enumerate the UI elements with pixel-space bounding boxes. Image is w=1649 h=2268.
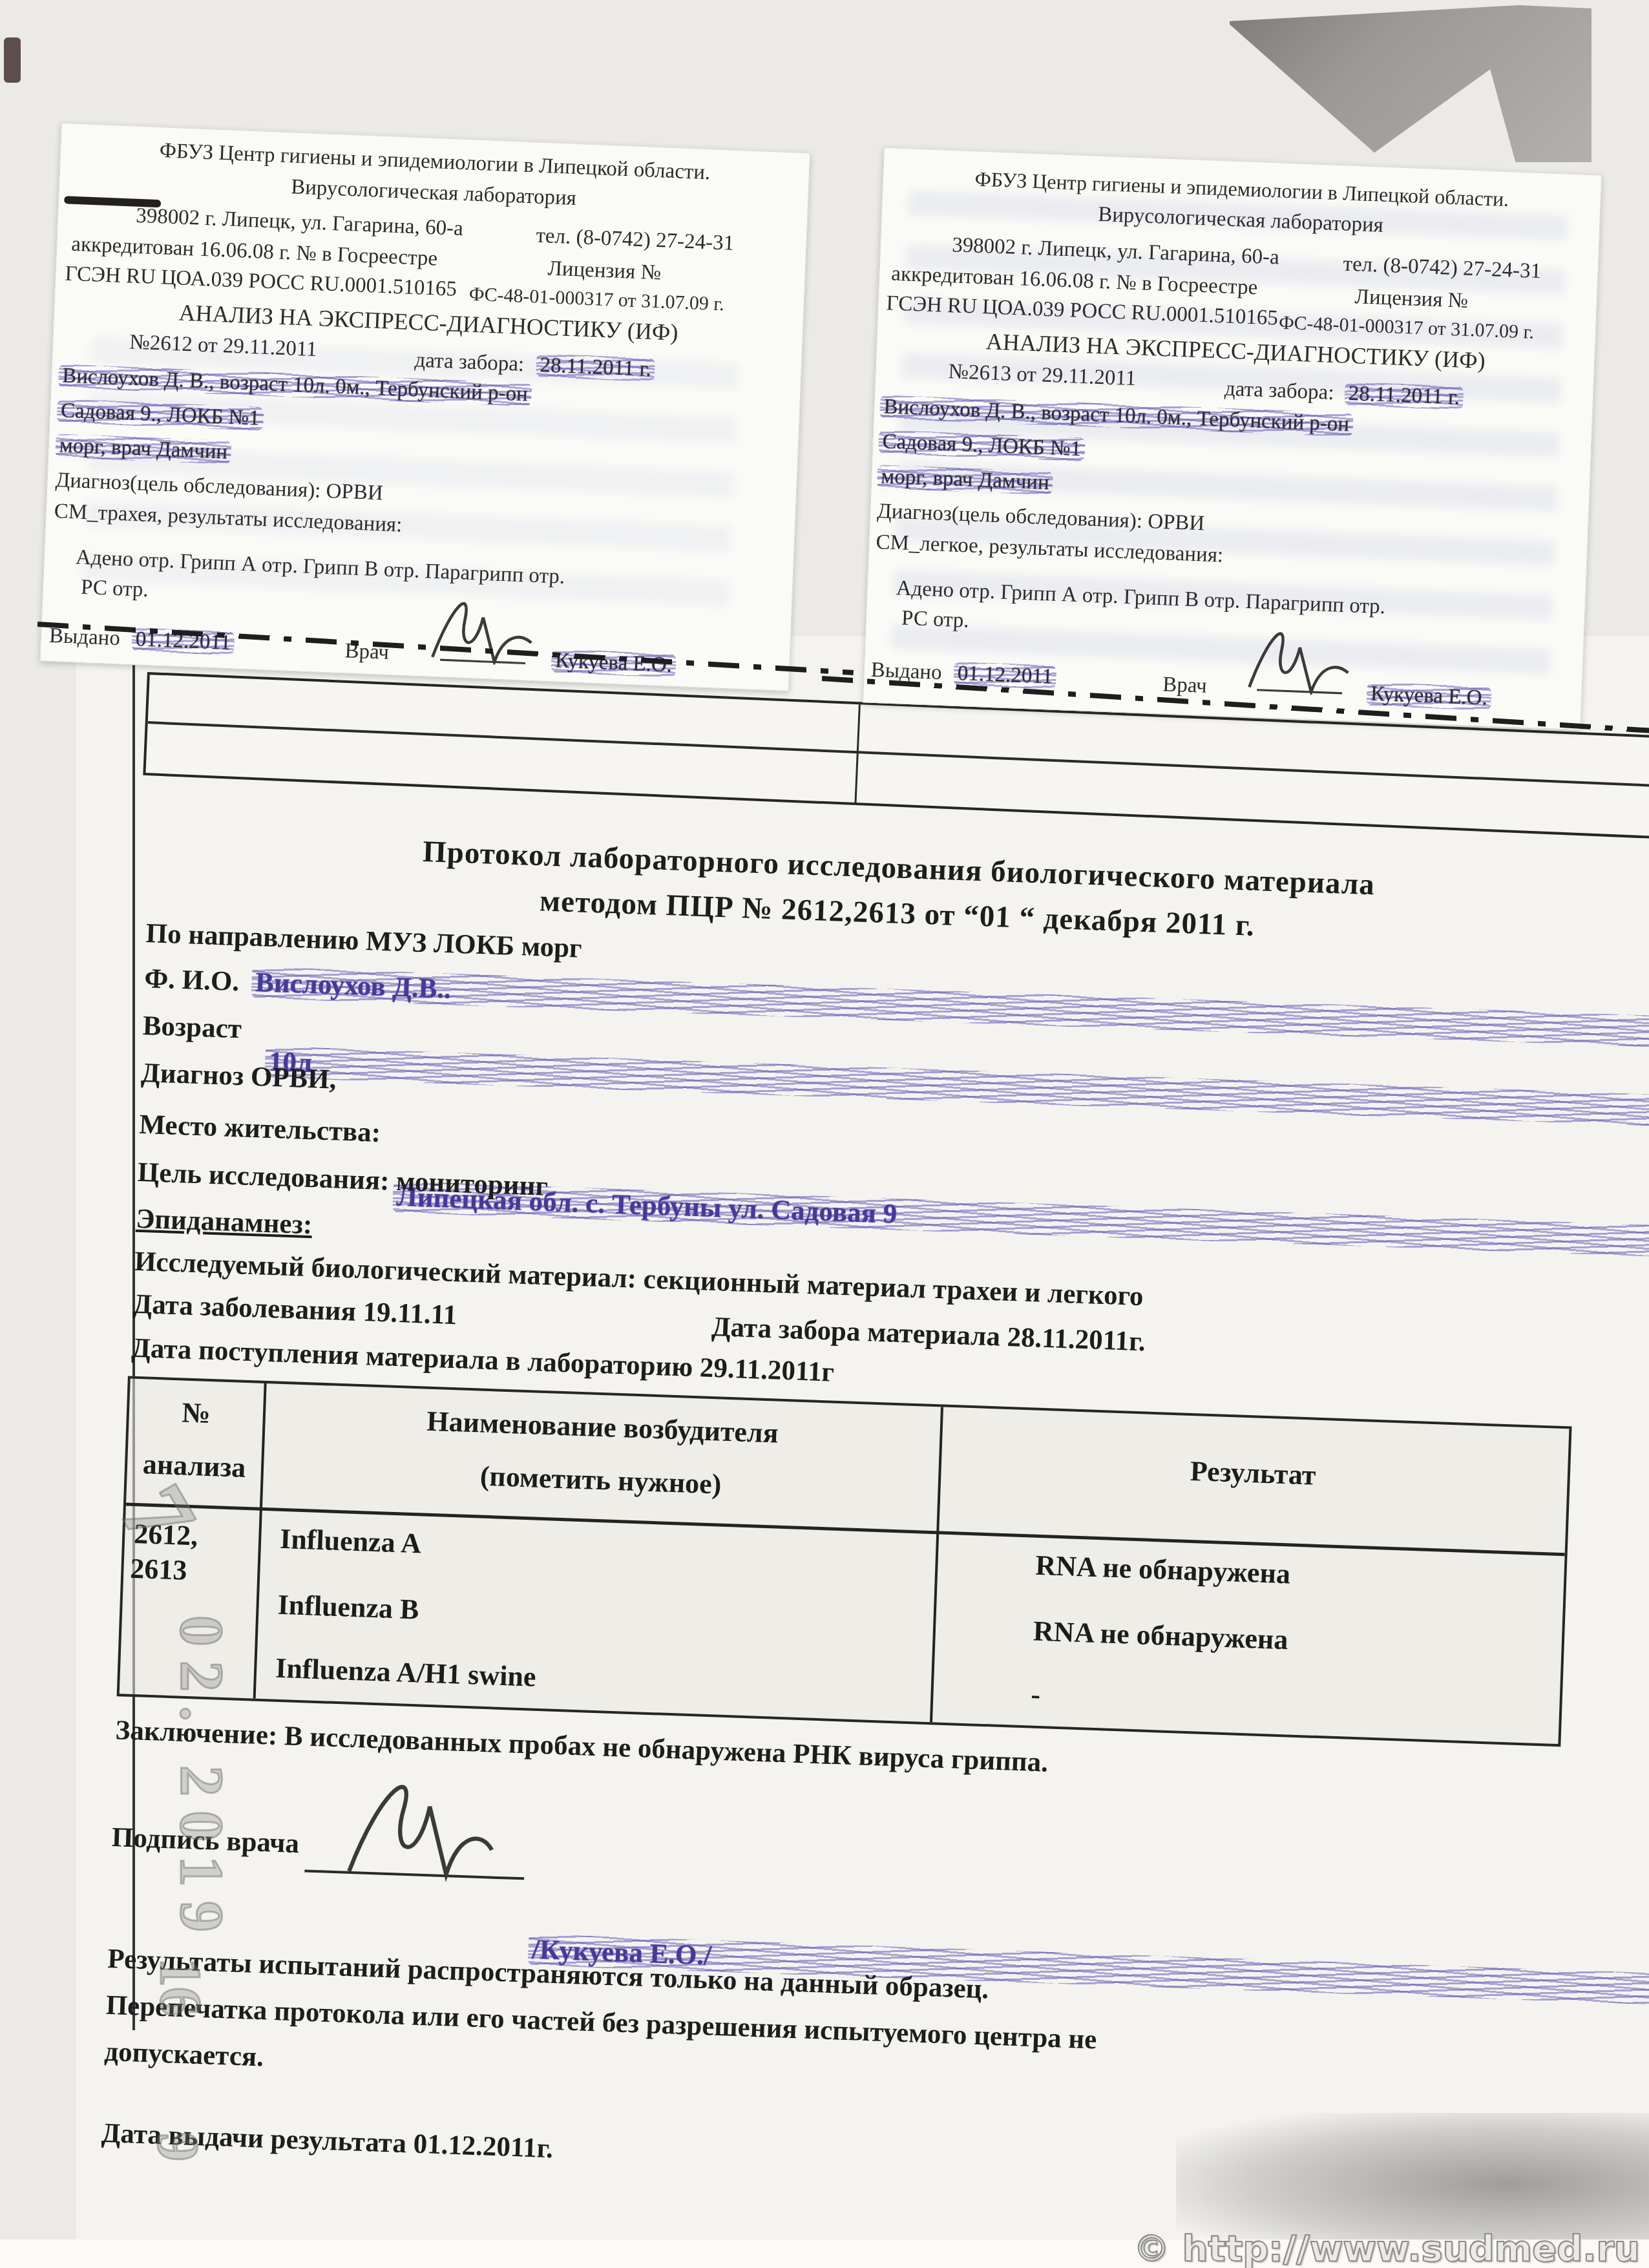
slip-material: СМ_легкое, результаты исследования: [876, 530, 1224, 568]
slip-number: №2612 от 29.11.2011 [129, 331, 318, 362]
slip-sampling-date: 28.11.2011 г. [536, 353, 656, 382]
slip-address: 398002 г. Липецк, ул. Гагарина, 60-а [136, 204, 464, 241]
th-pathogen-2: (пометить нужное) [263, 1452, 938, 1508]
slip-sampling-label: дата забора: [414, 348, 525, 377]
row-result-b: RNA не обнаружена [1033, 1615, 1288, 1657]
field-diagnosis: Диагноз ОРВИ, [140, 1057, 337, 1096]
slip-license-no: ФС-48-01-000317 от 31.07.09 г. [1278, 312, 1534, 344]
row-result-a: RNA не обнаружена [1035, 1549, 1291, 1591]
row-result-swine: - [1031, 1678, 1041, 1711]
watermark-url: © http://www.sudmed.ru [1133, 2228, 1640, 2268]
slip-address: 398002 г. Липецк, ул. Гагарина, 60-а [952, 233, 1280, 269]
slip-doctor-label: Врач [1162, 673, 1208, 698]
slip-patient-address: Садовая 9., ЛОКБ №1 [56, 399, 264, 431]
row-analysis-no-2: 2613 [130, 1552, 188, 1587]
express-slip-left: ФБУЗ Центр гигиены и эпидемиологии в Лип… [40, 123, 811, 691]
archive-stamp-extra-1: 16 [147, 1958, 213, 2016]
field-onset: Дата заболевания 19.11.11 [132, 1288, 457, 1331]
slip-morgue: морг, врач Дамчин [55, 434, 232, 465]
results-table: № анализа Наименование возбудителя (поме… [117, 1376, 1572, 1747]
field-purpose: Цель исследования: мониторинг [137, 1157, 549, 1202]
archive-stamp-extra-2: 9 [144, 2132, 211, 2161]
edge-speck [4, 37, 21, 83]
field-epid: Эпиданамнез: [136, 1203, 313, 1241]
field-age-value: 10л [264, 1046, 1649, 1130]
row-pathogen-a: Influenza A [279, 1522, 421, 1560]
protocol-body: Протокол лабораторного исследования биол… [100, 819, 1649, 2228]
field-residence-value: Липецкая обл. с. Тербуны ул. Садовая 9 [392, 1181, 1649, 1265]
slip-sampling-date: 28.11.2011 г. [1344, 382, 1464, 410]
th-result: Результат [941, 1446, 1565, 1501]
field-fio-label: Ф. И.О. [144, 963, 240, 998]
slip-diagnosis: Диагноз(цель обследования): ОРВИ [877, 499, 1205, 536]
archive-stamp-date: 02. 2019 [166, 1615, 238, 1946]
th-pathogen-1: Наименование возбудителя [265, 1399, 940, 1455]
field-direction: По направлению МУЗ ЛОКБ морг [145, 918, 582, 965]
slip-license-label: Лицензия № [547, 257, 662, 285]
note-reprint-2: допускается. [104, 2036, 264, 2074]
scanned-document: ФБУЗ Центр гигиены и эпидемиологии в Лип… [0, 0, 1649, 2268]
field-sampling: Дата забора материала 28.11.2011г. [711, 1311, 1146, 1358]
field-fio-value: Вислоухов Д.В.. [251, 967, 1649, 1051]
slip-material: СМ_трахея, результаты исследования: [54, 499, 403, 538]
slip-license-no: ФС-48-01-000317 от 31.07.09 г. [468, 284, 724, 316]
slip-patient-address: Садовая 9., ЛОКБ №1 [878, 430, 1086, 461]
slip-sampling-label: дата забора: [1224, 377, 1334, 405]
slip-morgue: морг, врач Дамчин [877, 465, 1054, 495]
slip-results-2: РС отр. [80, 576, 149, 602]
slip-diagnosis: Диагноз(цель обследования): ОРВИ [55, 468, 383, 505]
slip-phone: тел. (8-0742) 27-24-31 [1343, 252, 1542, 284]
slip-license-label: Лицензия № [1354, 285, 1469, 313]
conclusion: Заключение: В исследованных пробах не об… [115, 1714, 1049, 1778]
corner-fold-shadow [1230, 5, 1591, 165]
doctor-signature [1239, 614, 1358, 697]
row-pathogen-b: Influenza B [277, 1588, 419, 1626]
express-slip-right: ФБУЗ Центр гигиены и эпидемиологии в Лип… [863, 147, 1602, 730]
doctor-signature [330, 1757, 502, 1885]
field-age-label: Возраст [142, 1010, 242, 1045]
slip-number: №2613 от 29.11.2011 [948, 360, 1137, 391]
bottom-scan-shadow [1176, 2113, 1649, 2242]
slip-phone: тел. (8-0742) 27-24-31 [536, 224, 735, 256]
slip-doctor-name: Кукуева Е.О. [1366, 682, 1491, 710]
field-residence-label: Место жительства: [139, 1109, 381, 1149]
row-pathogen-swine: Influenza A/H1 swine [275, 1652, 536, 1694]
th-analysis-no-1: № [129, 1394, 264, 1432]
slip-results-2: РС отр. [901, 607, 969, 633]
